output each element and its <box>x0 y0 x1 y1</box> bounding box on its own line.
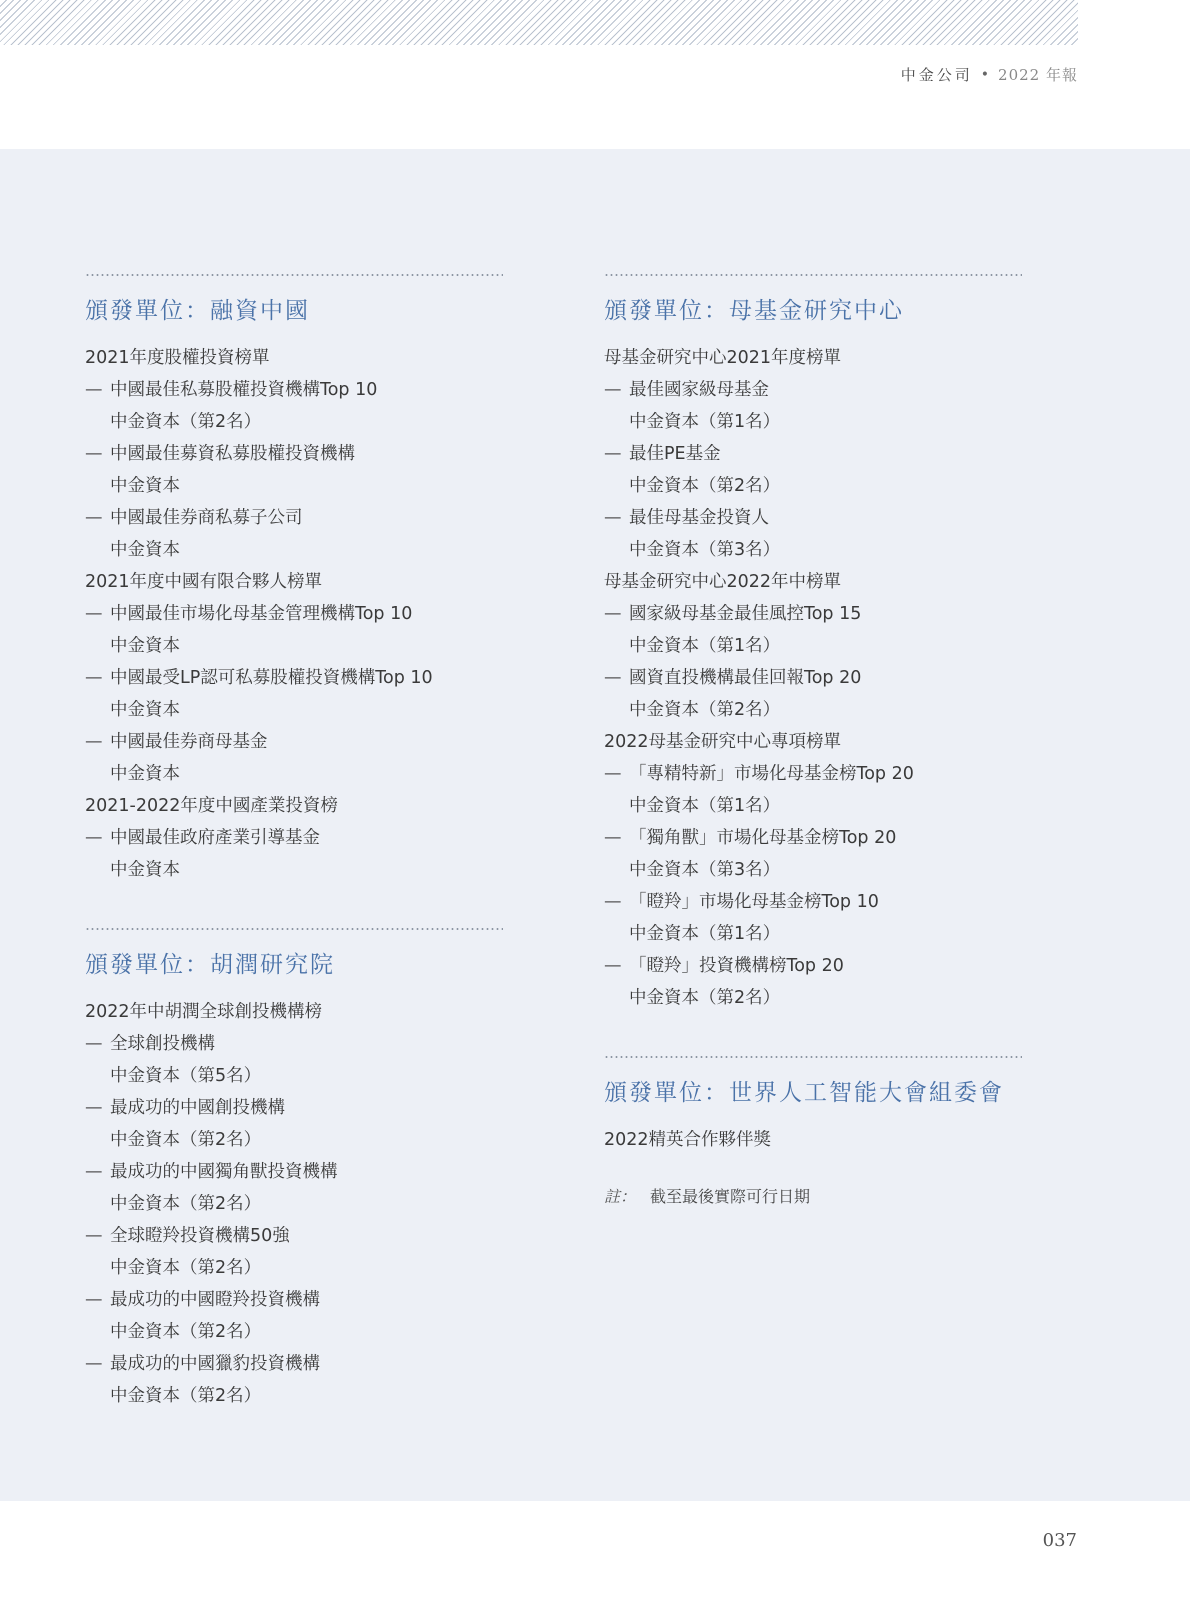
award-item: —最佳PE基金 <box>604 438 1022 470</box>
award-item: —中國最佳政府產業引導基金 <box>85 822 503 854</box>
award-winner: 中金資本（第1名） <box>604 630 1022 662</box>
award-category: 2021年度中國有限合夥人榜單 <box>85 566 503 598</box>
dash-bullet: — <box>85 438 110 470</box>
awards-panel: 頒發單位：融資中國 2021年度股權投資榜單 —中國最佳私募股權投資機構Top … <box>0 149 1190 1501</box>
award-title: 最成功的中國瞪羚投資機構 <box>110 1284 320 1316</box>
award-winner: 中金資本 <box>85 694 503 726</box>
award-list: 2021年度股權投資榜單 —中國最佳私募股權投資機構Top 10 中金資本（第2… <box>85 342 503 886</box>
award-winner: 中金資本（第2名） <box>85 1252 503 1284</box>
award-winner: 中金資本（第1名） <box>604 406 1022 438</box>
issuer-heading: 頒發單位：母基金研究中心 <box>604 296 1022 326</box>
award-winner: 中金資本（第2名） <box>604 694 1022 726</box>
award-category: 2022年中胡潤全球創投機構榜 <box>85 996 503 1028</box>
award-winner: 中金資本（第1名） <box>604 918 1022 950</box>
award-title: 中國最受LP認可私募股權投資機構Top 10 <box>110 662 433 694</box>
dash-bullet: — <box>85 726 110 758</box>
dash-bullet: — <box>604 886 629 918</box>
left-column: 頒發單位：融資中國 2021年度股權投資榜單 —中國最佳私募股權投資機構Top … <box>85 274 503 1412</box>
right-column: 頒發單位：母基金研究中心 母基金研究中心2021年度榜單 —最佳國家級母基金 中… <box>604 274 1022 1207</box>
award-title: 最佳PE基金 <box>629 438 721 470</box>
award-item: —最佳國家級母基金 <box>604 374 1022 406</box>
award-list: 母基金研究中心2021年度榜單 —最佳國家級母基金 中金資本（第1名） —最佳P… <box>604 342 1022 1014</box>
award-category: 母基金研究中心2021年度榜單 <box>604 342 1022 374</box>
dash-bullet: — <box>85 1348 110 1380</box>
dotted-divider <box>604 274 1022 276</box>
award-winner: 中金資本（第1名） <box>604 790 1022 822</box>
award-winner: 中金資本 <box>85 630 503 662</box>
dash-bullet: — <box>604 662 629 694</box>
award-item: —國資直投機構最佳回報Top 20 <box>604 662 1022 694</box>
award-winner: 中金資本（第2名） <box>85 406 503 438</box>
issuer-heading: 頒發單位：世界人工智能大會組委會 <box>604 1078 1022 1108</box>
award-title: 最成功的中國獵豹投資機構 <box>110 1348 320 1380</box>
award-item: —「專精特新」市場化母基金榜Top 20 <box>604 758 1022 790</box>
award-item: —中國最受LP認可私募股權投資機構Top 10 <box>85 662 503 694</box>
award-title: 最佳母基金投資人 <box>629 502 769 534</box>
award-category: 2022母基金研究中心專項榜單 <box>604 726 1022 758</box>
section-hurun: 頒發單位：胡潤研究院 2022年中胡潤全球創投機構榜 —全球創投機構 中金資本（… <box>85 928 503 1412</box>
dash-bullet: — <box>85 1028 110 1060</box>
award-winner: 中金資本 <box>85 758 503 790</box>
award-title: 「專精特新」市場化母基金榜Top 20 <box>629 758 914 790</box>
award-category: 2021年度股權投資榜單 <box>85 342 503 374</box>
dotted-divider <box>85 928 503 930</box>
footnote-text: 截至最後實際可行日期 <box>650 1184 810 1207</box>
dash-bullet: — <box>85 822 110 854</box>
award-title: 「瞪羚」市場化母基金榜Top 10 <box>629 886 879 918</box>
award-item: —最成功的中國獵豹投資機構 <box>85 1348 503 1380</box>
award-title: 最成功的中國創投機構 <box>110 1092 285 1124</box>
award-item: —最成功的中國瞪羚投資機構 <box>85 1284 503 1316</box>
dash-bullet: — <box>604 758 629 790</box>
award-item: —「獨角獸」市場化母基金榜Top 20 <box>604 822 1022 854</box>
page-number: 037 <box>1043 1530 1077 1551</box>
section-rongzi-china: 頒發單位：融資中國 2021年度股權投資榜單 —中國最佳私募股權投資機構Top … <box>85 274 503 886</box>
award-winner: 中金資本（第5名） <box>85 1060 503 1092</box>
dash-bullet: — <box>85 662 110 694</box>
award-list: 2022年中胡潤全球創投機構榜 —全球創投機構 中金資本（第5名） —最成功的中… <box>85 996 503 1412</box>
award-category: 2022精英合作夥伴獎 <box>604 1124 1022 1156</box>
dash-bullet: — <box>604 502 629 534</box>
award-item: —最佳母基金投資人 <box>604 502 1022 534</box>
award-category: 2021-2022年度中國產業投資榜 <box>85 790 503 822</box>
award-item: —最成功的中國創投機構 <box>85 1092 503 1124</box>
award-item: —最成功的中國獨角獸投資機構 <box>85 1156 503 1188</box>
award-winner: 中金資本（第2名） <box>604 982 1022 1014</box>
header-company: 中金公司 <box>901 64 973 85</box>
award-item: —中國最佳私募股權投資機構Top 10 <box>85 374 503 406</box>
award-item: —中國最佳券商母基金 <box>85 726 503 758</box>
dash-bullet: — <box>604 598 629 630</box>
dash-bullet: — <box>604 374 629 406</box>
dash-bullet: — <box>604 950 629 982</box>
dash-bullet: — <box>85 1284 110 1316</box>
award-item: —中國最佳券商私募子公司 <box>85 502 503 534</box>
award-winner: 中金資本（第3名） <box>604 854 1022 886</box>
award-title: 「瞪羚」投資機構榜Top 20 <box>629 950 844 982</box>
award-title: 中國最佳政府產業引導基金 <box>110 822 320 854</box>
award-winner: 中金資本 <box>85 534 503 566</box>
award-category: 母基金研究中心2022年中榜單 <box>604 566 1022 598</box>
dash-bullet: — <box>85 502 110 534</box>
header-separator: • <box>981 67 990 83</box>
section-waic-committee: 頒發單位：世界人工智能大會組委會 2022精英合作夥伴獎 註： 截至最後實際可行… <box>604 1056 1022 1207</box>
award-winner: 中金資本（第2名） <box>604 470 1022 502</box>
dash-bullet: — <box>604 822 629 854</box>
dash-bullet: — <box>85 598 110 630</box>
award-title: 國資直投機構最佳回報Top 20 <box>629 662 861 694</box>
award-title: 中國最佳募資私募股權投資機構 <box>110 438 355 470</box>
dotted-divider <box>604 1056 1022 1058</box>
footnote: 註： 截至最後實際可行日期 <box>604 1184 1022 1207</box>
award-winner: 中金資本 <box>85 470 503 502</box>
award-winner: 中金資本（第2名） <box>85 1124 503 1156</box>
header-report-title: 2022 年報 <box>998 64 1078 85</box>
dotted-divider <box>85 274 503 276</box>
award-title: 中國最佳券商母基金 <box>110 726 268 758</box>
award-winner: 中金資本（第2名） <box>85 1316 503 1348</box>
award-item: —中國最佳募資私募股權投資機構 <box>85 438 503 470</box>
dash-bullet: — <box>85 1156 110 1188</box>
issuer-heading: 頒發單位：融資中國 <box>85 296 503 326</box>
award-item: —全球創投機構 <box>85 1028 503 1060</box>
section-fof-research-center: 頒發單位：母基金研究中心 母基金研究中心2021年度榜單 —最佳國家級母基金 中… <box>604 274 1022 1014</box>
dash-bullet: — <box>85 1092 110 1124</box>
award-item: —「瞪羚」市場化母基金榜Top 10 <box>604 886 1022 918</box>
footnote-label: 註： <box>604 1184 650 1207</box>
award-winner: 中金資本 <box>85 854 503 886</box>
dash-bullet: — <box>85 374 110 406</box>
issuer-heading: 頒發單位：胡潤研究院 <box>85 950 503 980</box>
award-item: —「瞪羚」投資機構榜Top 20 <box>604 950 1022 982</box>
award-title: 最成功的中國獨角獸投資機構 <box>110 1156 338 1188</box>
award-title: 全球瞪羚投資機構50強 <box>110 1220 290 1252</box>
award-title: 中國最佳市場化母基金管理機構Top 10 <box>110 598 412 630</box>
award-item: —中國最佳市場化母基金管理機構Top 10 <box>85 598 503 630</box>
dash-bullet: — <box>604 438 629 470</box>
award-list: 2022精英合作夥伴獎 <box>604 1124 1022 1156</box>
award-title: 國家級母基金最佳風控Top 15 <box>629 598 861 630</box>
award-title: 中國最佳私募股權投資機構Top 10 <box>110 374 377 406</box>
award-winner: 中金資本（第2名） <box>85 1188 503 1220</box>
award-title: 「獨角獸」市場化母基金榜Top 20 <box>629 822 896 854</box>
award-item: —全球瞪羚投資機構50強 <box>85 1220 503 1252</box>
award-winner: 中金資本（第3名） <box>604 534 1022 566</box>
award-title: 最佳國家級母基金 <box>629 374 769 406</box>
award-title: 中國最佳券商私募子公司 <box>110 502 303 534</box>
award-item: —國家級母基金最佳風控Top 15 <box>604 598 1022 630</box>
award-title: 全球創投機構 <box>110 1028 215 1060</box>
decorative-hatch-band <box>0 0 1078 45</box>
award-winner: 中金資本（第2名） <box>85 1380 503 1412</box>
running-header: 中金公司 • 2022 年報 <box>901 64 1078 85</box>
dash-bullet: — <box>85 1220 110 1252</box>
